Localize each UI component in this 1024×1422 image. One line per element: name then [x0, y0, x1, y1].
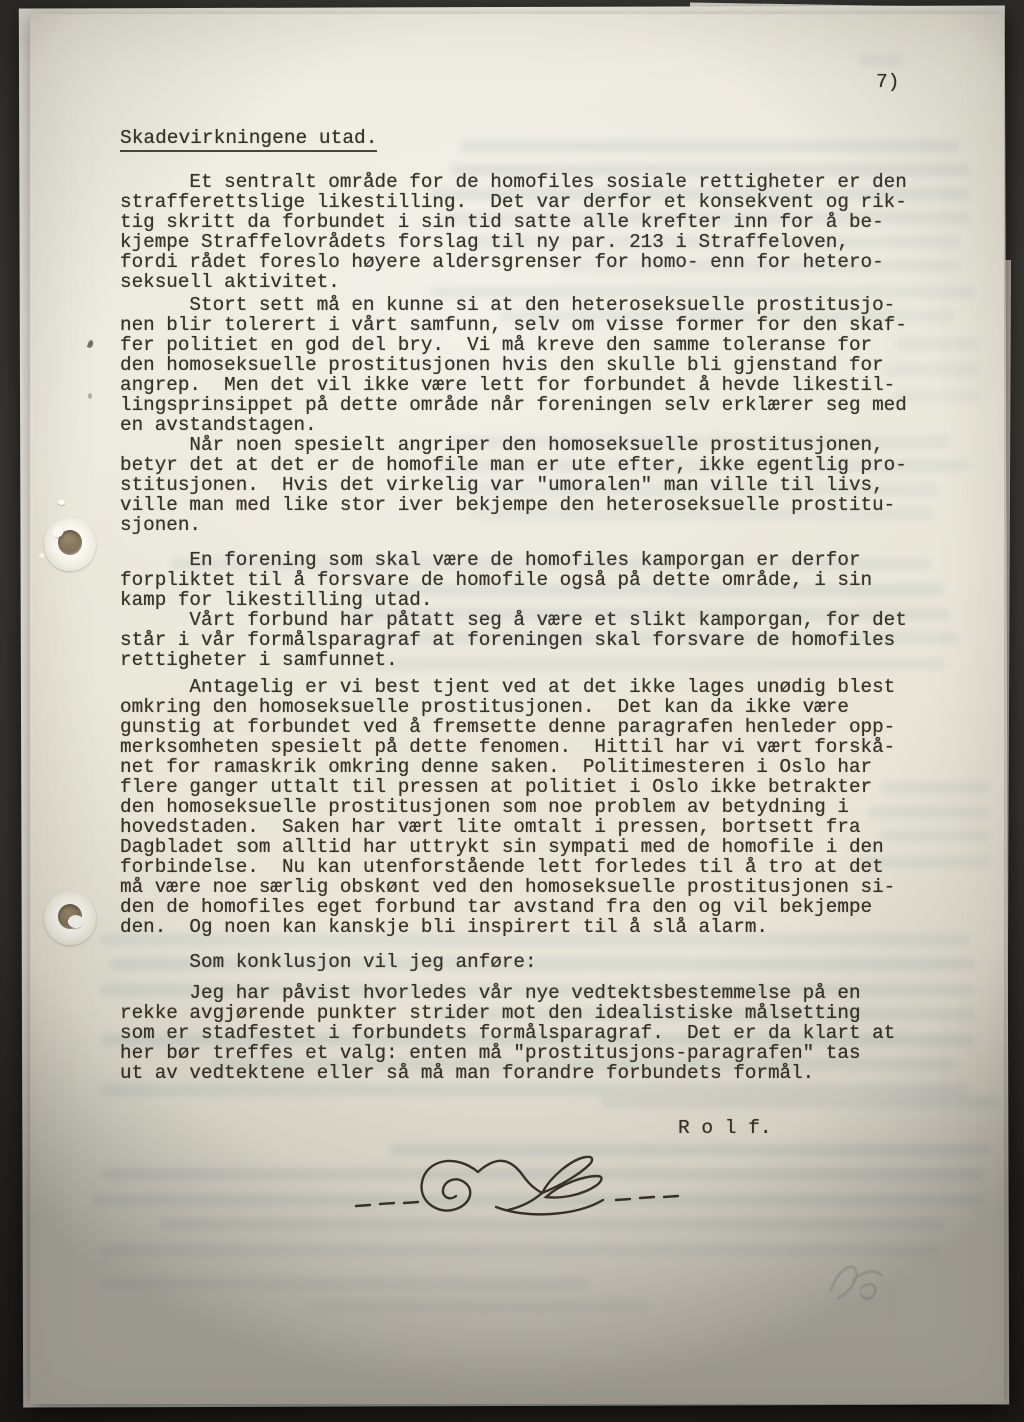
section-heading: Skadevirkningene utad. [120, 126, 950, 150]
text-line: den de homofiles eget forbund tar avstan… [120, 897, 950, 917]
punch-hole [44, 891, 96, 945]
text-line: merksomheten spesielt på dette fenomen. … [120, 737, 950, 757]
text-line: må være noe særlig obskønt ved den homos… [120, 877, 950, 897]
text-line: Vårt forbund har påtatt seg å være et sl… [120, 610, 950, 630]
text-line: står i vår formålsparagraf at foreningen… [120, 630, 950, 650]
text-line: her bør treffes et valg: enten må "prost… [120, 1043, 950, 1063]
text-line: som er stadfestet i forbundets formålspa… [120, 1023, 950, 1043]
bleedthrough-line [100, 1278, 590, 1290]
text-line: omkring den homoseksuelle prostitusjonen… [120, 697, 950, 717]
document-page: 7) Skadevirkningene utad. Et sentralt om… [30, 14, 1004, 1404]
bleedthrough-handwriting [825, 1256, 895, 1308]
text-line: Som konklusjon vil jeg anføre: [120, 952, 950, 972]
text-line: gunstig at forbundet ved å fremsette den… [120, 717, 950, 737]
bleedthrough-line [100, 1244, 940, 1256]
text-line: forpliktet til å forsvare de homofile og… [120, 570, 950, 590]
text-line: forbindelse. Nu kan utenforstående lett … [120, 857, 950, 877]
text-line: fer politiet en god del bry. Vi må kreve… [120, 335, 950, 355]
paragraph-block: Et sentralt område for de homofiles sosi… [120, 172, 950, 292]
text-line: Dagbladet som alltid har uttrykt sin sym… [120, 837, 950, 857]
text-line: rettigheter i samfunnet. [120, 650, 950, 670]
text-line: stitusjonen. Hvis det virkelig var "umor… [120, 475, 950, 495]
text-line: kamp for likestilling utad. [120, 590, 950, 610]
text-line: en avstandstagen. [120, 415, 950, 435]
text-line: betyr det at det er de homofile man er u… [120, 455, 950, 475]
bleedthrough-line [100, 1084, 970, 1096]
paper-damage-fleck [58, 500, 65, 505]
text-line: nen blir tolerert i vårt samfunn, selv o… [120, 315, 950, 335]
text-line: den homoseksuelle prostitusjonen som noe… [120, 797, 950, 817]
bleedthrough-line [858, 54, 904, 66]
text-line: fordi rådet foreslo høyere aldersgrenser… [120, 252, 950, 272]
text-line: kjempe Straffelovrådets forslag til ny p… [120, 232, 950, 252]
text-line: strafferettslige likestilling. Det var d… [120, 192, 950, 212]
text-line: hovedstaden. Saken har vært lite omtalt … [120, 817, 950, 837]
page-number: 7) [876, 70, 899, 94]
paragraph-block: En forening som skal være de homofiles k… [120, 550, 950, 670]
text-line: ut av vedtektene eller så må man forandr… [120, 1063, 950, 1083]
text-line: lingsprinsippet på dette område når fore… [120, 395, 950, 415]
text-line: Når noen spesielt angriper den homoseksu… [120, 435, 950, 455]
punch-hole [44, 517, 96, 571]
signature-flourish [345, 1148, 685, 1232]
bleedthrough-line [310, 1300, 650, 1312]
text-line: net for ramaskrik omkring denne saken. P… [120, 757, 950, 777]
text-line: En forening som skal være de homofiles k… [120, 550, 950, 570]
paper-speck [88, 393, 92, 399]
text-line: den homoseksuelle prostitusjonen hvis de… [120, 355, 950, 375]
paragraph-block: Jeg har påvist hvorledes vår nye vedtekt… [120, 983, 950, 1083]
paragraph-block: Antagelig er vi best tjent ved at det ik… [120, 677, 950, 937]
text-line: flere ganger uttalt til pressen at polit… [120, 777, 950, 797]
paragraph-block: Som konklusjon vil jeg anføre: [120, 952, 950, 972]
text-line: sjonen. [120, 515, 950, 535]
text-line: den. Og noen kan kanskje bli inspirert t… [120, 917, 950, 937]
text-line: angrep. Men det vil ikke være lett for f… [120, 375, 950, 395]
section-heading-text: Skadevirkningene utad. [120, 127, 377, 152]
document-body: Skadevirkningene utad. Et sentralt områd… [120, 126, 950, 1083]
paragraph-blocks: Et sentralt område for de homofiles sosi… [120, 172, 950, 1083]
paragraph-block: Stort sett må en kunne si at den heteros… [120, 295, 950, 535]
text-line: rekke avgjørende punkter strider mot den… [120, 1003, 950, 1023]
text-line: Stort sett må en kunne si at den heteros… [120, 295, 950, 315]
text-line: Jeg har påvist hvorledes vår nye vedtekt… [120, 983, 950, 1003]
text-line: seksuell aktivitet. [120, 272, 950, 292]
paper-speck [87, 339, 94, 348]
text-line: Et sentralt område for de homofiles sosi… [120, 172, 950, 192]
bleedthrough-line [600, 1096, 1000, 1108]
text-line: ville man med like stor iver bekjempe de… [120, 495, 950, 515]
signature-name: R o l f. [678, 1118, 772, 1138]
text-line: tig skritt da forbundet i sin tid satte … [120, 212, 950, 232]
text-line: Antagelig er vi best tjent ved at det ik… [120, 677, 950, 697]
